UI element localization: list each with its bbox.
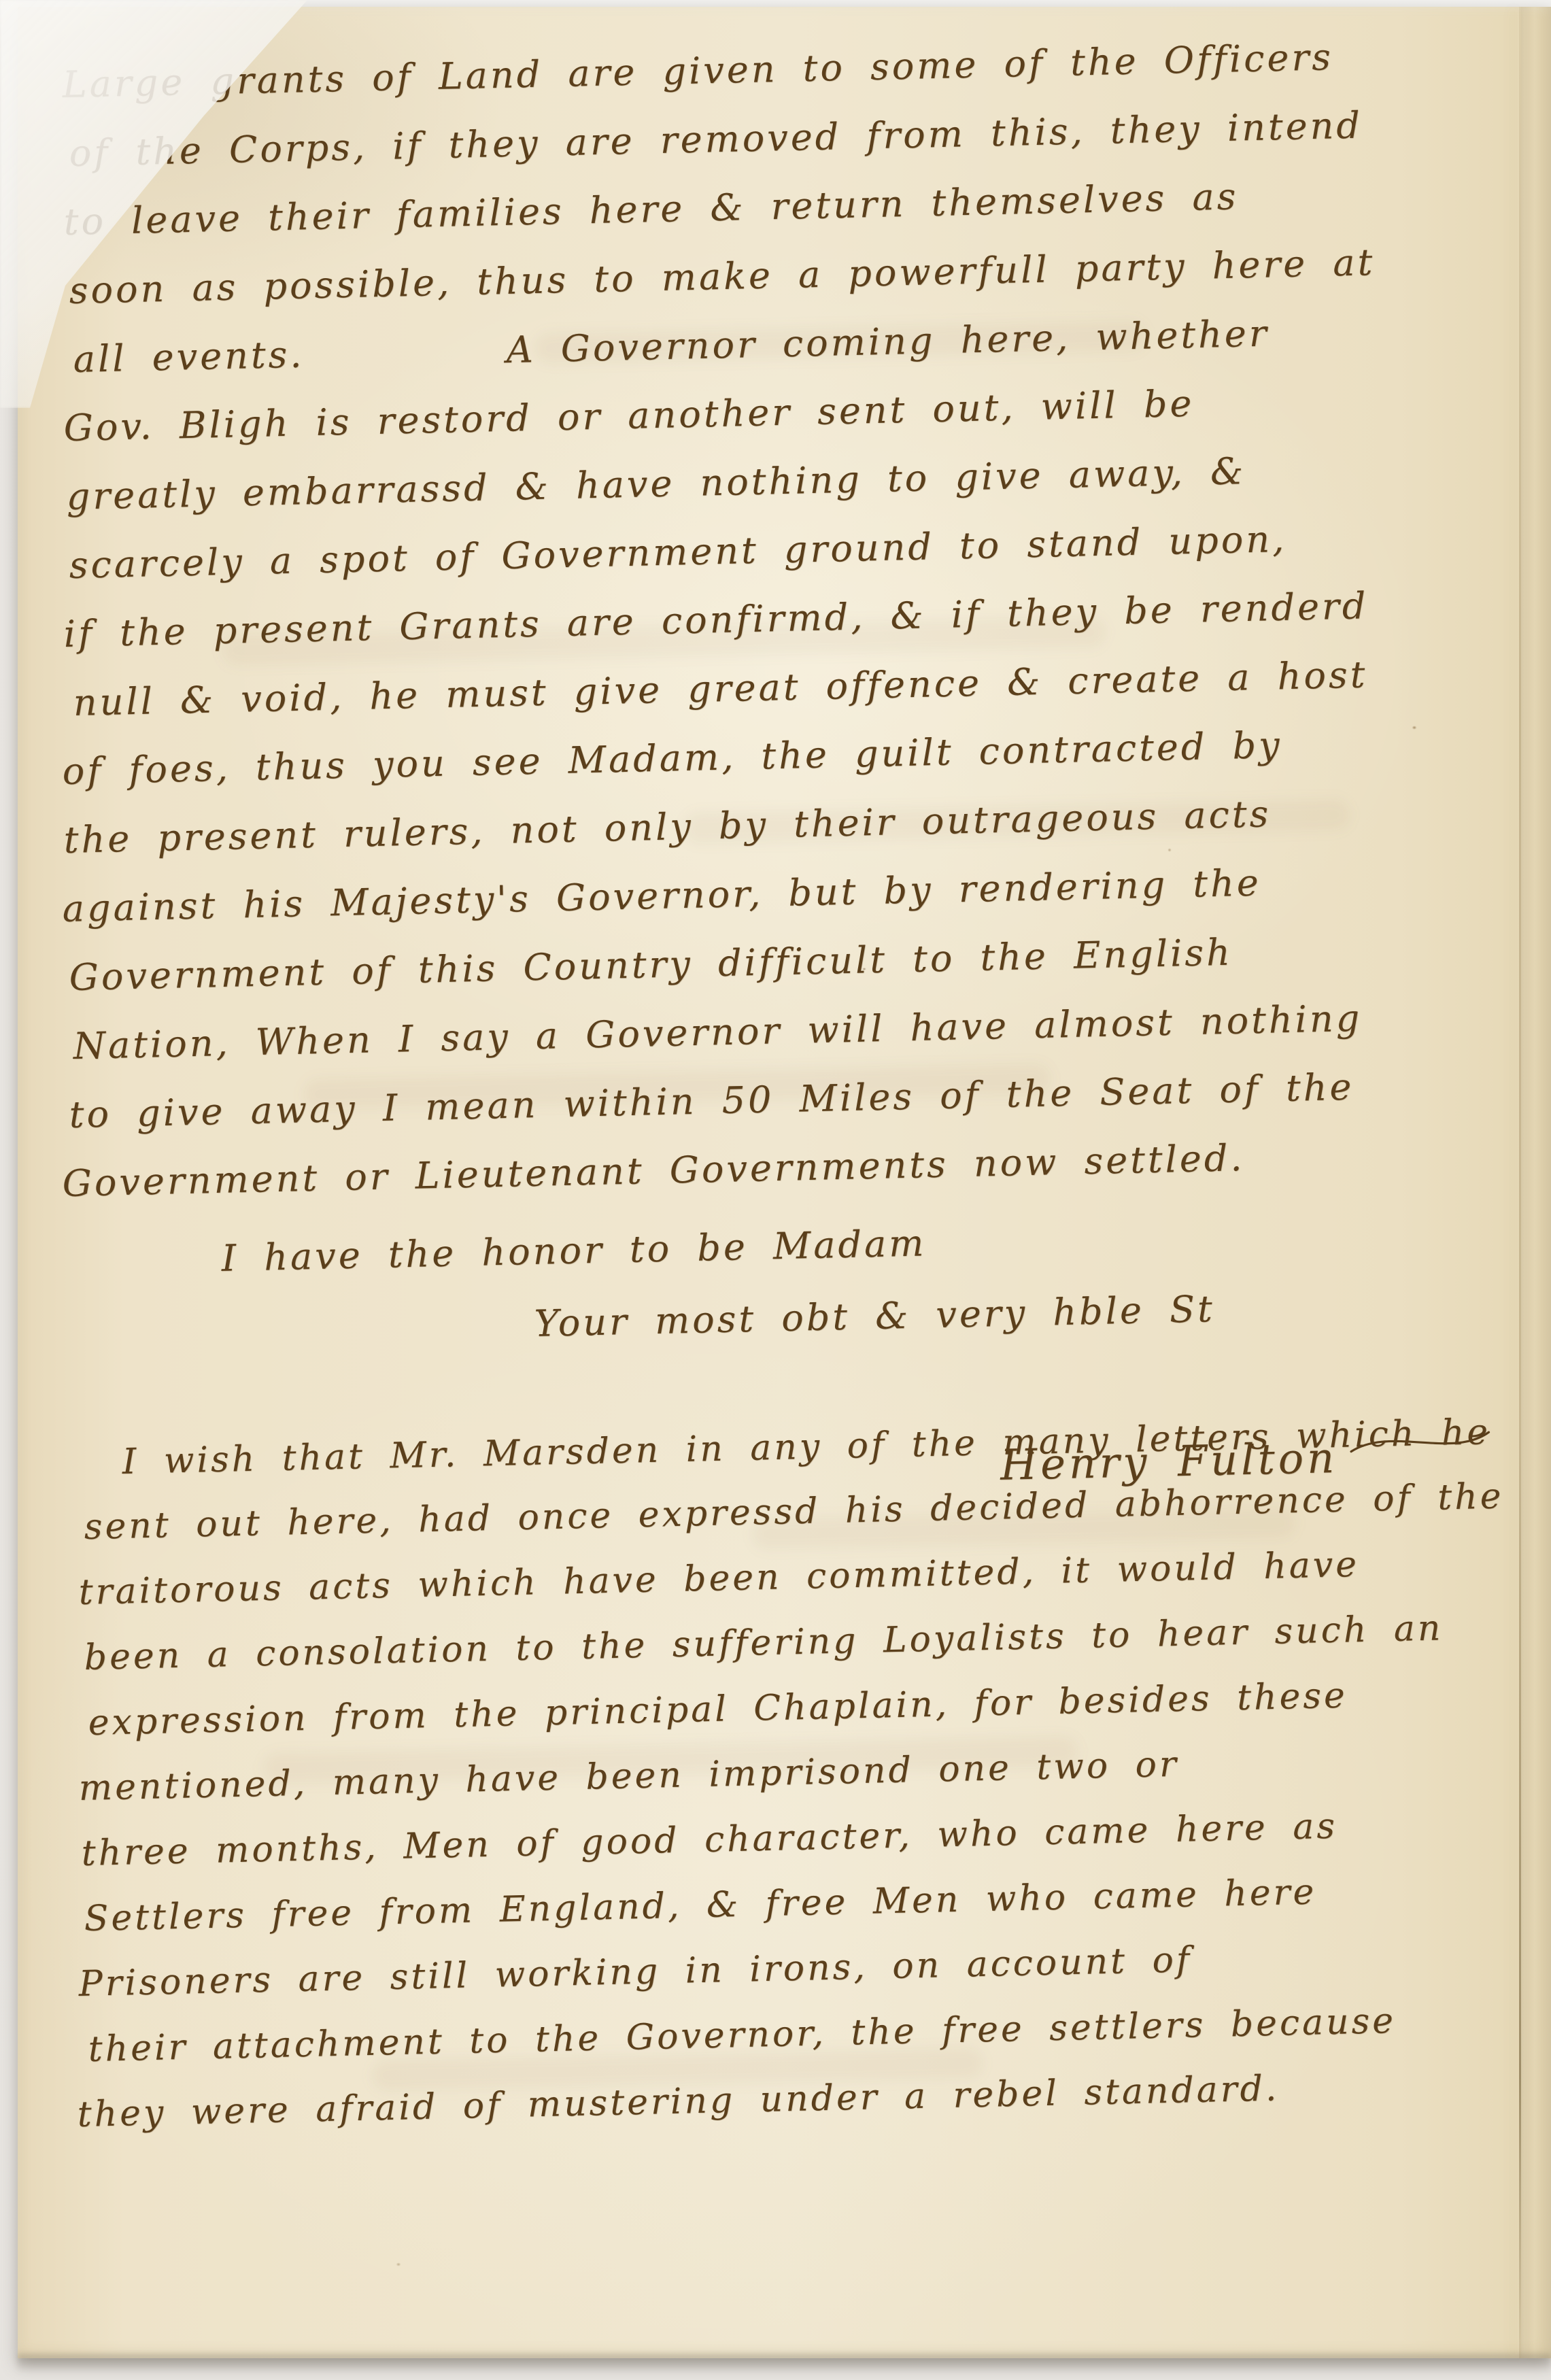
letter-page: Large grants of Land are given to some o… bbox=[18, 7, 1551, 2358]
page-shadow bbox=[18, 2354, 1551, 2372]
page-right-edge bbox=[1521, 7, 1551, 2358]
scan-backdrop: Large grants of Land are given to some o… bbox=[0, 0, 1551, 2380]
paragraph-main: Large grants of Land are given to some o… bbox=[63, 50, 1376, 1218]
paragraph-postscript: I wish that Mr. Marsden in any of the ma… bbox=[78, 1429, 1504, 2147]
